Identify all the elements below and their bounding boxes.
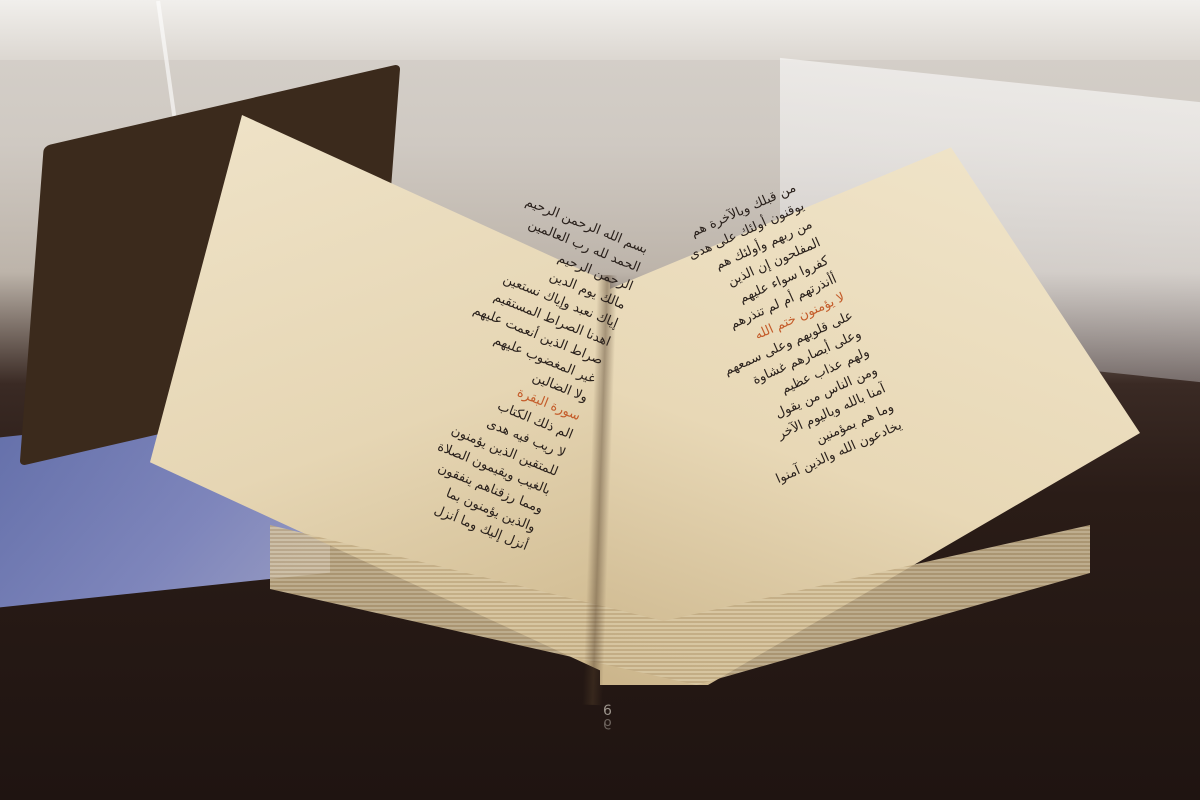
open-manuscript: بسم الله الرحمن الرحيمالحمد لله رب العال…: [150, 95, 1150, 695]
exhibit-number-reflection: 6: [603, 717, 612, 729]
exhibit-number-label: 6 6: [603, 705, 612, 729]
background-wall: [0, 0, 1200, 60]
museum-display-scene: بسم الله الرحمن الرحيمالحمد لله رب العال…: [0, 0, 1200, 800]
